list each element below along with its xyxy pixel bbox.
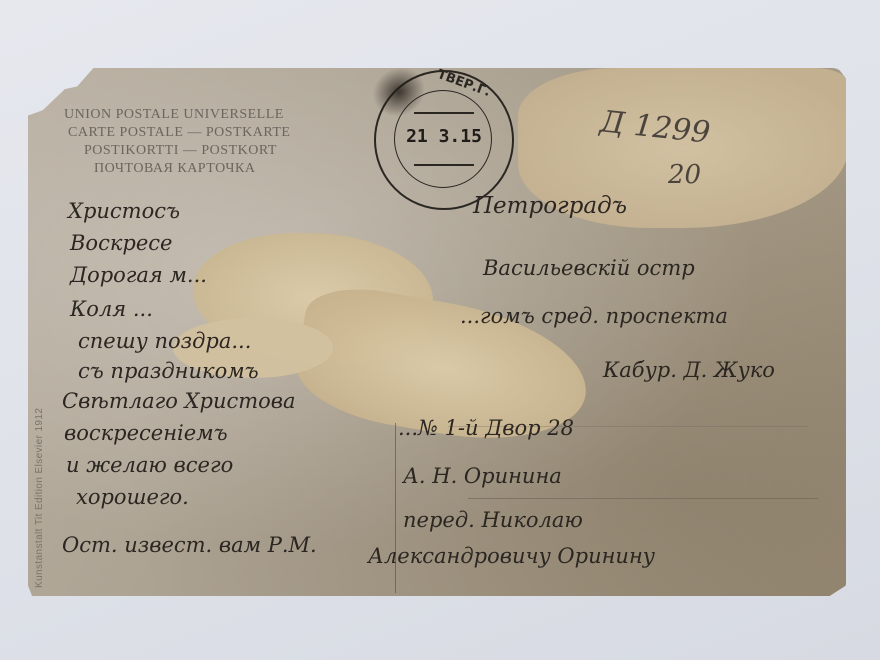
address-line: перед. Николаю (403, 508, 583, 532)
message-line: Христосъ (68, 196, 180, 227)
address-line: Васильевскiй остр (483, 256, 695, 280)
recipient-forward-name: Александровичу Оринину (368, 544, 655, 568)
address-line: Кабур. Д. Жуко (603, 358, 775, 382)
message-signature: Ост. извест. вам Р.М. (62, 530, 317, 561)
postmark-date: 21 3.15 (394, 126, 494, 147)
message-line: Дорогая м... (70, 260, 207, 291)
address-city: Петроградъ (473, 193, 627, 219)
archive-subnumber: 20 (668, 160, 701, 190)
address-line: ...№ 1-й Двор 28 (398, 416, 574, 440)
recipient-name: А. Н. Оринина (403, 464, 562, 488)
header-line: ПОЧТОВАЯ КАРТОЧКА (64, 160, 384, 178)
printed-header: UNION POSTALE UNIVERSELLE CARTE POSTALE … (64, 106, 384, 178)
message-line: спешу поздра... (78, 326, 251, 357)
header-line: UNION POSTALE UNIVERSELLE (64, 106, 384, 124)
header-line: POSTIKORTTI — POSTKORT (64, 142, 384, 160)
message-line: и желаю всего (66, 450, 233, 481)
address-line: ...гомъ сред. проспекта (460, 304, 728, 328)
postmark-bar (414, 164, 474, 166)
postmark-bar (414, 112, 474, 114)
message-line: Свѣтлаго Христова (62, 386, 296, 417)
message-line: съ праздникомъ (78, 356, 259, 387)
message-line: хорошего. (76, 482, 189, 513)
message-line: Воскресе (70, 228, 172, 259)
postcard: UNION POSTALE UNIVERSELLE CARTE POSTALE … (28, 68, 846, 596)
header-line: CARTE POSTALE — POSTKARTE (64, 124, 384, 142)
publisher-imprint: Kunstanstalt Tit Edition Elsevier 1912 (34, 408, 45, 588)
postmark-stamp: ТВЕР.Г. 21 3.15 (374, 70, 514, 210)
message-line: воскресенiемъ (64, 418, 228, 449)
message-line: Коля ... (70, 294, 153, 325)
address-rule (468, 498, 818, 499)
